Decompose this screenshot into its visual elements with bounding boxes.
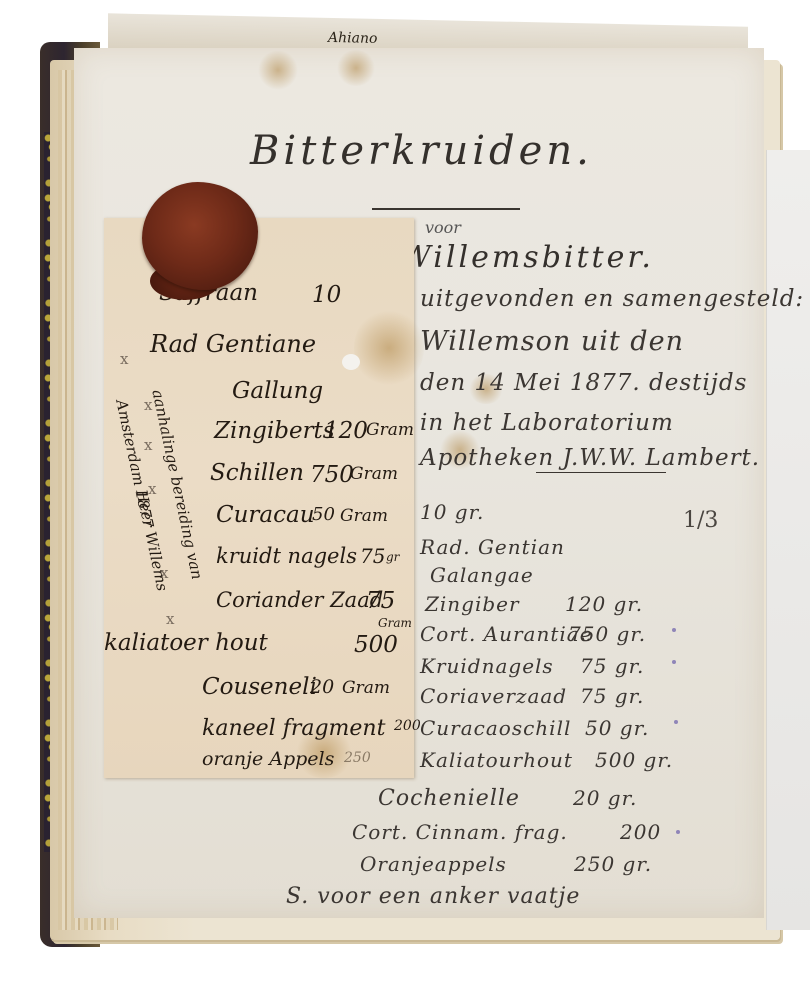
note-ingredient-name: Coriander Zaad xyxy=(216,588,383,612)
ink-dot xyxy=(674,720,678,724)
note-ingredient-unit: Gram xyxy=(350,464,398,484)
ingredient-amount: 200 xyxy=(620,820,661,844)
ingredient-name: Coriaverzaad xyxy=(420,684,567,708)
note-ingredient-amount: 750 xyxy=(310,462,354,488)
ingredient-amount: 120 gr. xyxy=(565,592,643,616)
ingredient-name: Oranjeappels xyxy=(360,852,507,876)
note-ingredient-amount: 10 xyxy=(312,282,341,308)
intro-line: in het Laboratorium xyxy=(420,410,674,436)
note-ingredient-amount: 120 xyxy=(324,418,368,444)
note-ingredient-unit: gr xyxy=(386,550,399,564)
ingredient-name: Kruidnagels xyxy=(420,654,554,678)
ink-dot xyxy=(672,628,676,632)
ingredient-name: Cort. Cinnam. frag. xyxy=(352,820,568,844)
title-underline xyxy=(372,208,520,210)
signature-underline xyxy=(536,472,666,473)
note-ingredient-name: Rad Gentiane xyxy=(150,330,316,358)
top-sheet-text: Ahiano xyxy=(328,30,377,47)
page-number: 1/3 xyxy=(683,508,718,533)
note-ingredient-unit: Gram xyxy=(342,678,390,698)
margin-mark: x xyxy=(166,610,174,628)
attached-note-slip: Saffraan 10 Rad Gentiane Gallung Zingibe… xyxy=(104,218,414,778)
ingredient-name: Curacaoschill xyxy=(420,716,571,740)
margin-mark: x xyxy=(144,436,152,454)
note-ingredient-unit: Gram xyxy=(378,616,412,630)
ingredient-amount: 750 gr. xyxy=(568,622,646,646)
stain xyxy=(258,50,298,90)
note-ingredient-amount: 20 xyxy=(310,676,334,698)
ingredient-amount: 10 gr. xyxy=(420,500,484,524)
ingredient-amount: 500 gr. xyxy=(595,748,673,772)
intro-line: Apotheken J.W.W. Lambert. xyxy=(420,445,760,471)
intro-line-date: den 14 Mei 1877. destijds xyxy=(420,370,747,396)
note-ingredient-name: Gallung xyxy=(232,378,323,404)
ingredient-name: Zingiber xyxy=(425,592,520,616)
note-ingredient-amount: 250 xyxy=(344,750,371,766)
ingredient-amount: 20 gr. xyxy=(573,786,637,810)
stain xyxy=(354,308,424,388)
wax-seal xyxy=(142,182,258,290)
ink-dot xyxy=(672,660,676,664)
note-ingredient-name: kaneel fragment xyxy=(202,716,385,741)
ingredient-name: Cochenielle xyxy=(378,786,520,811)
note-ingredient-amount: 500 xyxy=(354,632,398,658)
note-ingredient-amount: 75 xyxy=(360,544,385,568)
note-ingredient-name: Couseneli xyxy=(202,674,317,700)
ingredient-name: Kaliatourhout xyxy=(420,748,573,772)
note-ingredient-unit: Gram xyxy=(340,506,388,526)
ingredient-name: Cort. Aurantiae xyxy=(420,622,593,646)
subtitle-prefix: voor xyxy=(425,218,461,237)
note-ingredient-name: Zingiberts xyxy=(214,418,335,444)
recipe-footer: S. voor een anker vaatje xyxy=(286,884,580,909)
note-ingredient-amount: 200 xyxy=(394,718,421,734)
note-ingredient-name: kaliatoer hout xyxy=(104,630,268,656)
ingredient-amount: 75 gr. xyxy=(580,654,644,678)
intro-line: Willemson uit den xyxy=(420,326,684,357)
margin-mark: x xyxy=(120,350,128,368)
ingredient-amount: 250 gr. xyxy=(574,852,652,876)
recipe-subtitle: Willemsbitter. xyxy=(400,240,654,275)
stain xyxy=(336,50,376,86)
note-ingredient-amount: 75 xyxy=(366,588,395,614)
note-ingredient-name: oranje Appels xyxy=(202,748,334,770)
intro-line: uitgevonden en samengesteld: xyxy=(420,286,804,312)
margin-vertical-text: Amsterdam 1877 xyxy=(112,398,157,529)
ink-dot xyxy=(676,830,680,834)
paper-hole xyxy=(342,354,360,370)
ingredient-name: Rad. Gentian xyxy=(420,535,565,559)
recipe-title: Bitterkruiden. xyxy=(250,128,593,174)
note-ingredient-unit: Gram xyxy=(366,420,414,440)
ingredient-amount: 75 gr. xyxy=(580,684,644,708)
right-page-flap xyxy=(766,150,810,930)
note-ingredient-name: kruidt nagels xyxy=(216,544,357,568)
note-ingredient-name: Schillen xyxy=(210,460,304,486)
ingredient-name: Galangae xyxy=(430,563,534,587)
ingredient-amount: 50 gr. xyxy=(585,716,649,740)
note-ingredient-name: Curacau xyxy=(216,502,315,528)
note-ingredient-amount: 50 xyxy=(312,504,335,525)
